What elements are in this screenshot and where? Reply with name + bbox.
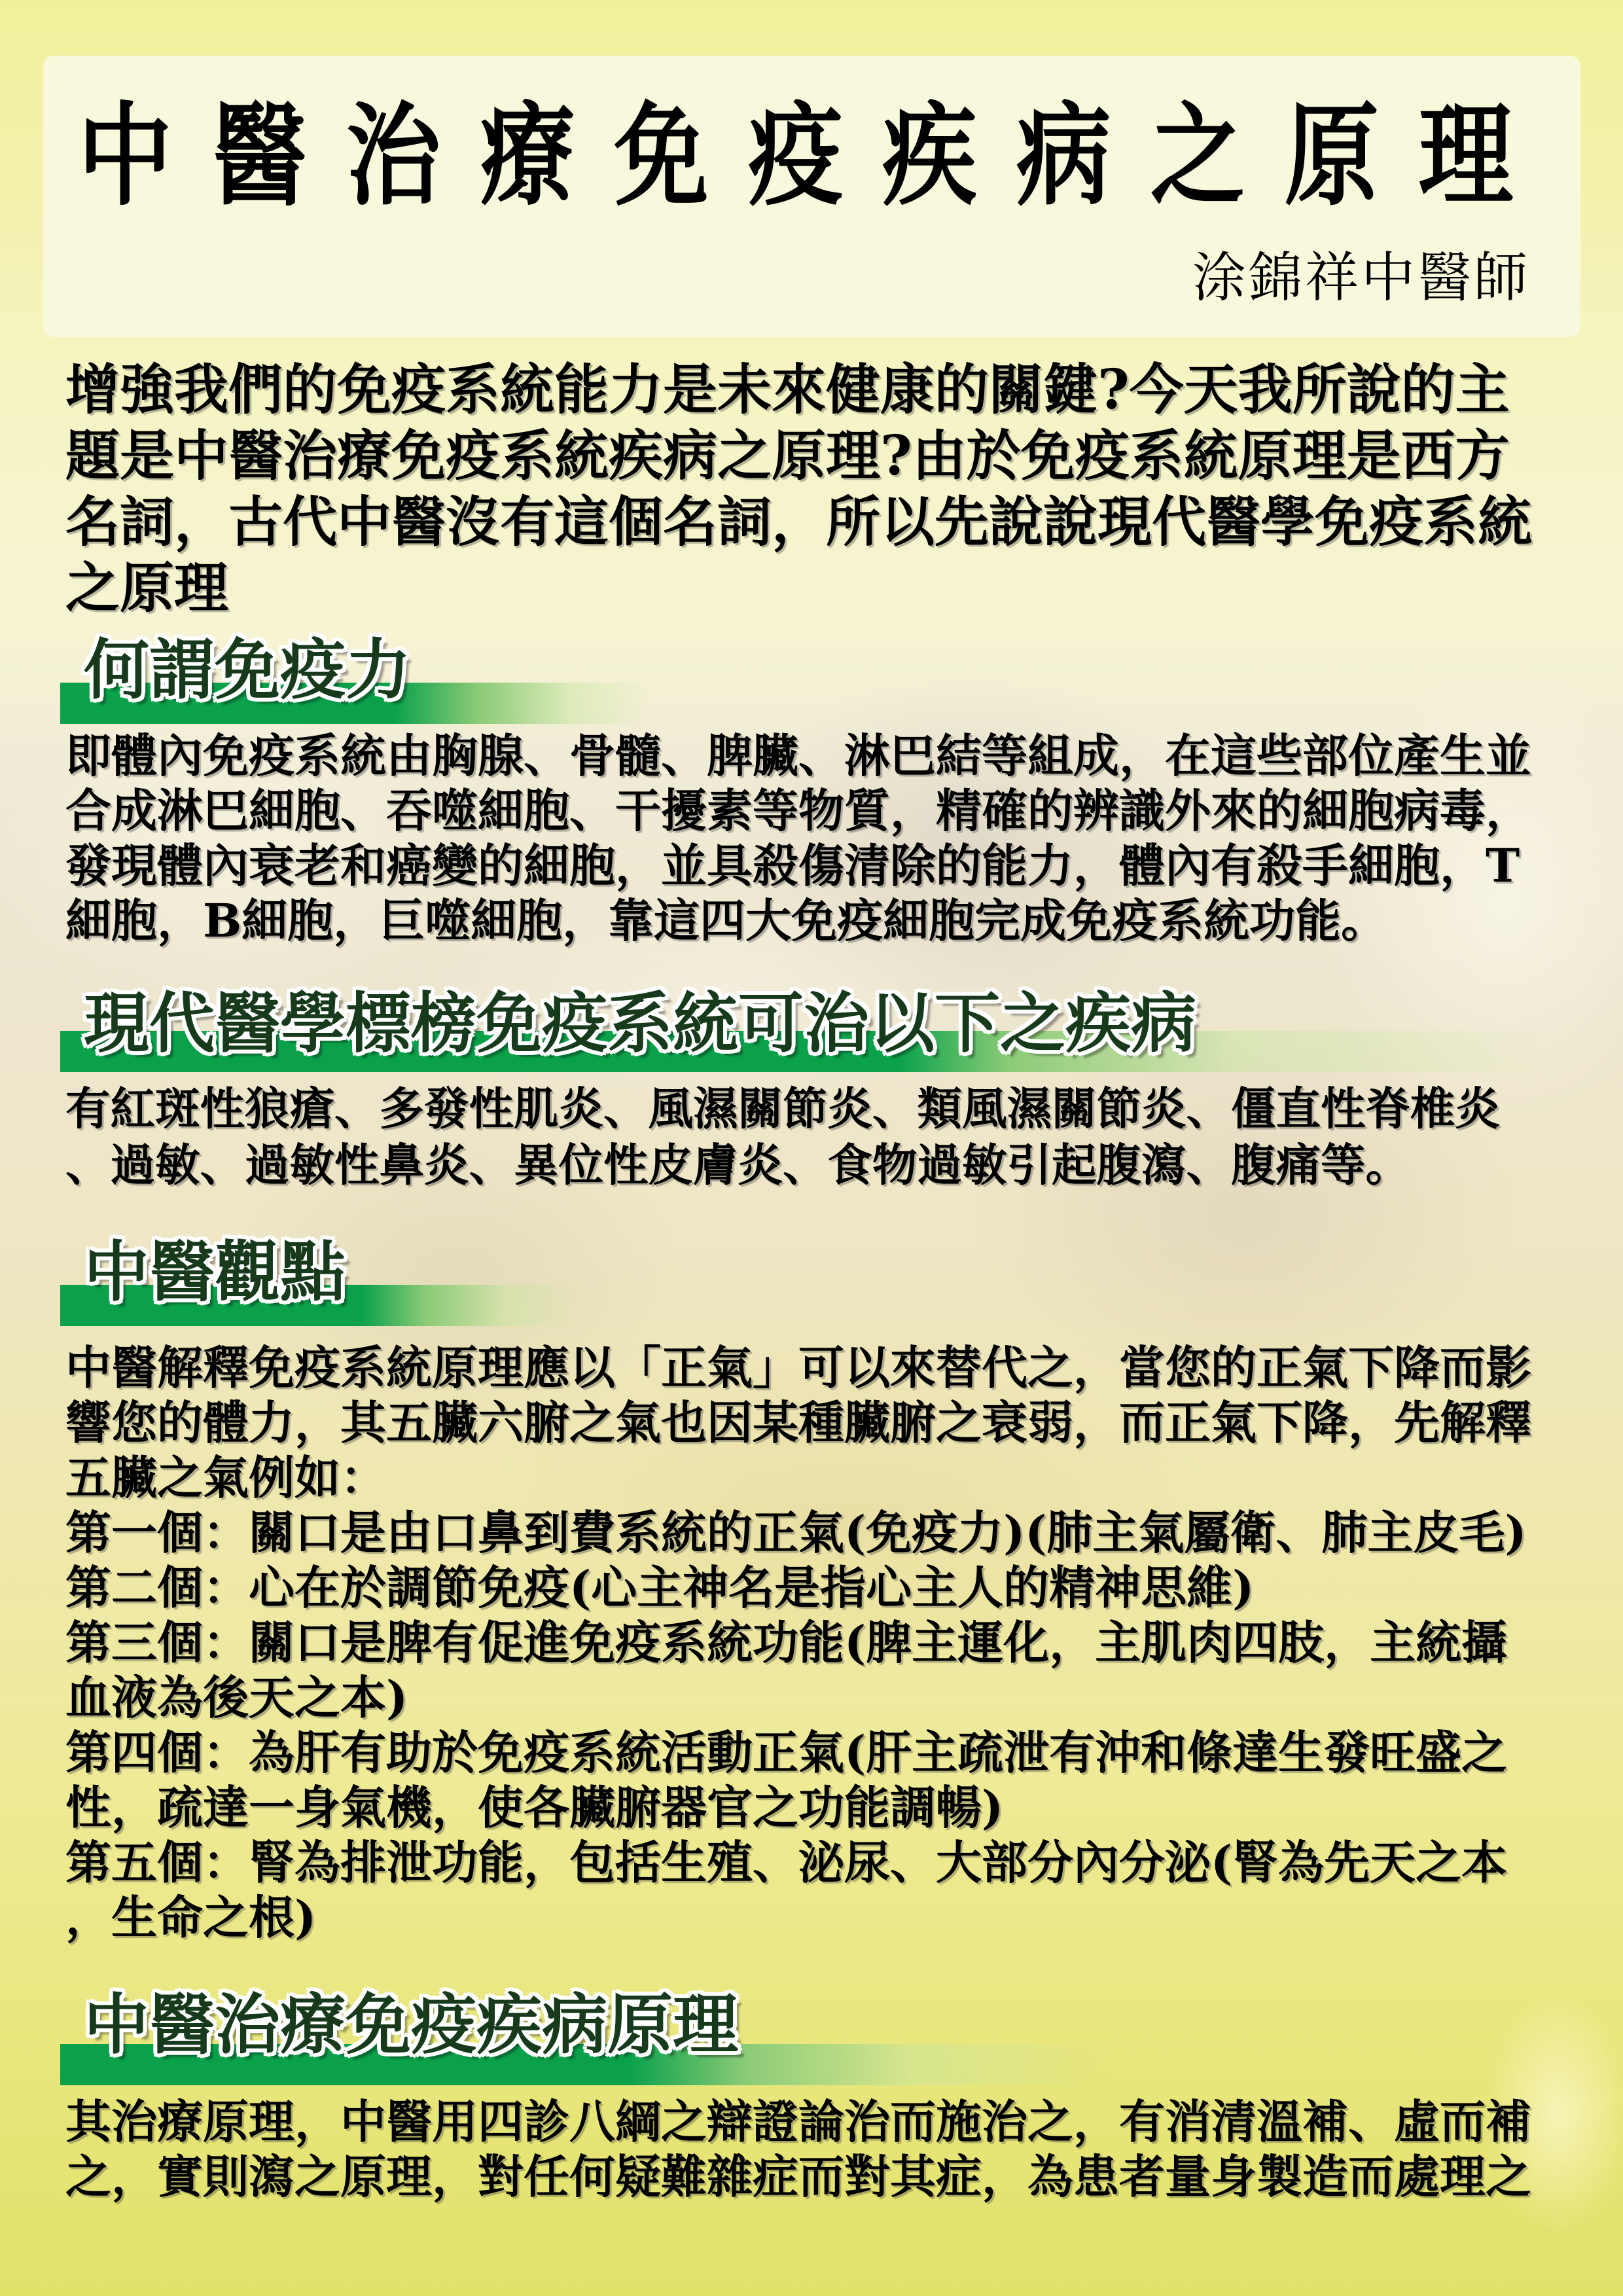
list-item-spleen: 第三個：關口是脾有促進免疫系統功能(脾主運化，主肌肉四肢，主統攝 血液為後天之本…: [65, 1615, 1531, 1725]
list-item-line: ，生命之根): [65, 1890, 1531, 1945]
intro-line: 題是中醫治療免疫系統疾病之原理?由於免疫系統原理是西方: [65, 423, 1532, 489]
list-item-lung: 第一個：關口是由口鼻到費系統的正氣(免疫力)(肺主氣屬衛、肺主皮毛): [65, 1505, 1531, 1560]
body-line: 五臟之氣例如：: [65, 1450, 1531, 1505]
heading-text: 中醫觀點: [84, 1232, 346, 1311]
heading-text: 現代醫學標榜免疫系統可治以下之疾病: [84, 984, 1196, 1062]
list-item-line: 第一個：關口是由口鼻到費系統的正氣(免疫力)(肺主氣屬衛、肺主皮毛): [65, 1505, 1531, 1560]
poster-title: 中醫治療免疫疾病之原理: [78, 100, 1552, 211]
section-heading-immunity: 何謂免疫力: [60, 630, 649, 735]
list-item-liver: 第四個：為肝有助於免疫系統活動正氣(肝主疏泄有沖和條達生發旺盛之 性，疏達一身氣…: [65, 1725, 1531, 1835]
intro-line: 增強我們的免疫系統能力是未來健康的關鍵?今天我所說的主: [65, 357, 1532, 423]
section-heading-tcm-view: 中醫觀點: [60, 1232, 584, 1337]
list-item-kidney: 第五個：腎為排泄功能，包括生殖、泌尿、大部分內分泌(腎為先天之本 ，生命之根): [65, 1835, 1531, 1945]
section-body-treatment-principle: 其治療原理，中醫用四診八綱之辯證論治而施治之，有消清溫補、虛而補 之，實則瀉之原…: [65, 2094, 1531, 2204]
body-line: 合成淋巴細胞、吞噬細胞、干擾素等物質，精確的辨識外來的細胞病毒，: [65, 783, 1531, 838]
body-line: 中醫解釋免疫系統原理應以「正氣」可以來替代之，當您的正氣下降而影: [65, 1340, 1531, 1395]
list-item-line: 性，疏達一身氣機，使各臟腑器官之功能調暢): [65, 1780, 1531, 1835]
intro-line: 名詞，古代中醫沒有這個名詞，所以先說說現代醫學免疫系統: [65, 489, 1532, 555]
list-item-line: 第二個：心在於調節免疫(心主神名是指心主人的精神思維): [65, 1560, 1531, 1615]
list-item-line: 第四個：為肝有助於免疫系統活動正氣(肝主疏泄有沖和條達生發旺盛之: [65, 1725, 1531, 1780]
body-line: 細胞，B細胞，巨噬細胞，靠這四大免疫細胞完成免疫系統功能。: [65, 893, 1531, 948]
body-line: 響您的體力，其五臟六腑之氣也因某種臟腑之衰弱，而正氣下降，先解釋: [65, 1395, 1531, 1450]
list-item-line: 第三個：關口是脾有促進免疫系統功能(脾主運化，主肌肉四肢，主統攝: [65, 1615, 1531, 1670]
body-line: 即體內免疫系統由胸腺、骨髓、脾臟、淋巴結等組成，在這些部位產生並: [65, 728, 1531, 783]
section-heading-modern-medicine: 現代醫學標榜免疫系統可治以下之疾病: [60, 984, 1565, 1088]
body-line: 之，實則瀉之原理，對任何疑難雜症而對其症，為患者量身製造而處理之: [65, 2149, 1531, 2204]
section-heading-treatment-principle: 中醫治療免疫疾病原理: [60, 1985, 1107, 2090]
body-line: 有紅斑性狼瘡、多發性肌炎、風濕關節炎、類風濕關節炎、僵直性脊椎炎: [65, 1081, 1500, 1138]
body-line: 、過敏、過敏性鼻炎、異位性皮膚炎、食物過敏引起腹瀉、腹痛等。: [65, 1138, 1500, 1194]
list-item-line: 血液為後天之本): [65, 1670, 1531, 1725]
heading-text: 何謂免疫力: [84, 630, 411, 709]
section-body-immunity: 即體內免疫系統由胸腺、骨髓、脾臟、淋巴結等組成，在這些部位產生並 合成淋巴細胞、…: [65, 728, 1531, 948]
section-body-diseases: 有紅斑性狼瘡、多發性肌炎、風濕關節炎、類風濕關節炎、僵直性脊椎炎 、過敏、過敏性…: [65, 1081, 1500, 1194]
list-item-line: 第五個：腎為排泄功能，包括生殖、泌尿、大部分內分泌(腎為先天之本: [65, 1835, 1531, 1890]
list-item-heart: 第二個：心在於調節免疫(心主神名是指心主人的精神思維): [65, 1560, 1531, 1615]
body-line: 發現體內衰老和癌變的細胞，並具殺傷清除的能力，體內有殺手細胞，T: [65, 838, 1531, 893]
section-body-tcm-view: 中醫解釋免疫系統原理應以「正氣」可以來替代之，當您的正氣下降而影 響您的體力，其…: [65, 1340, 1531, 1945]
body-line: 其治療原理，中醫用四診八綱之辯證論治而施治之，有消清溫補、虛而補: [65, 2094, 1531, 2149]
intro-paragraph: 增強我們的免疫系統能力是未來健康的關鍵?今天我所說的主 題是中醫治療免疫系統疾病…: [65, 357, 1532, 621]
heading-text: 中醫治療免疫疾病原理: [84, 1985, 738, 2064]
intro-line: 之原理: [65, 555, 1532, 621]
author-name: 涂錦祥中醫師: [1192, 249, 1530, 308]
